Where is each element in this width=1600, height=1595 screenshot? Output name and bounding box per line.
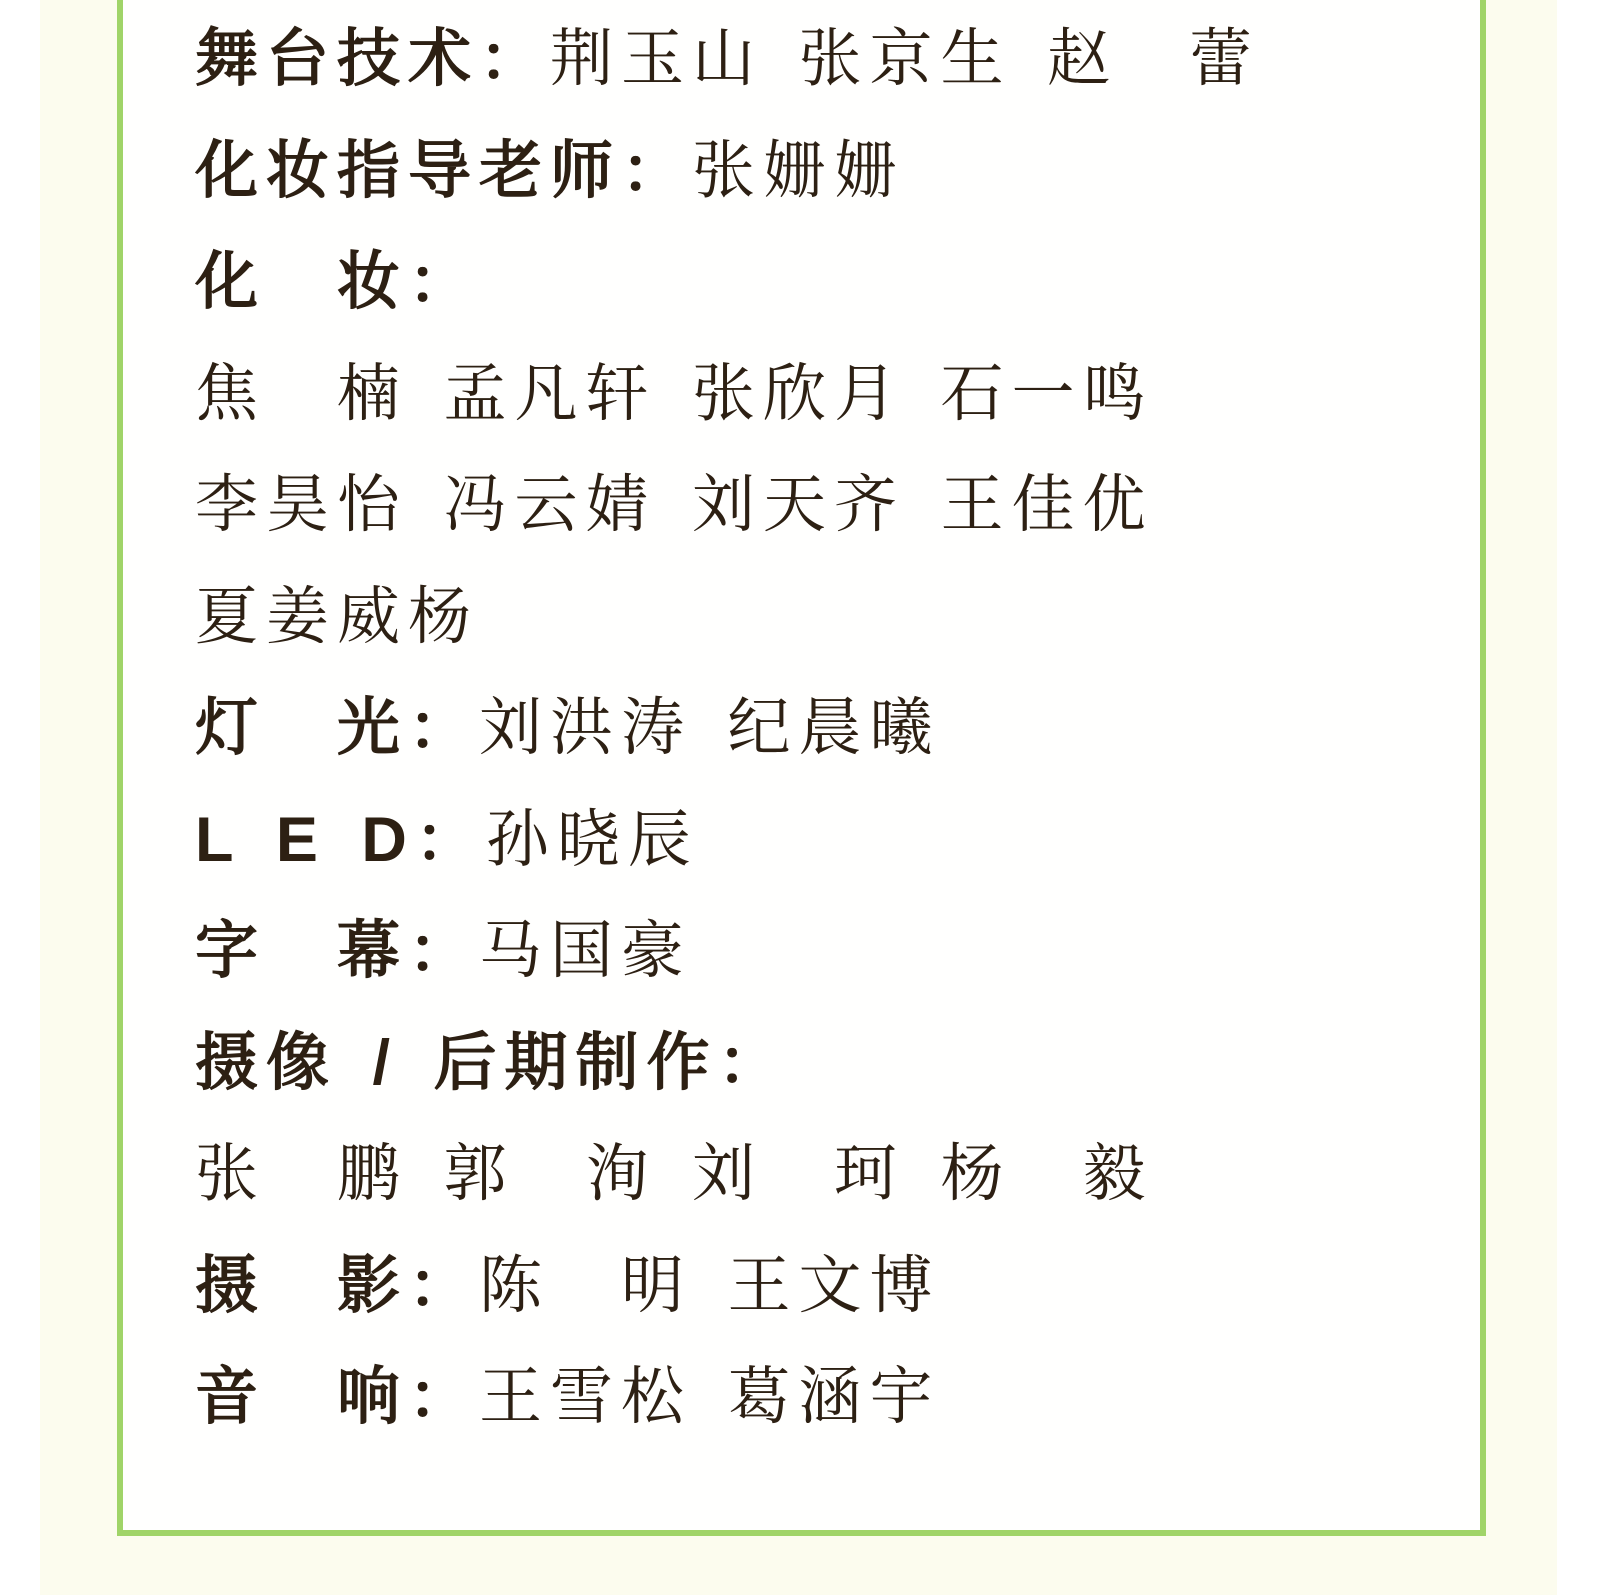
- credit-names: 荆玉山 张京生 赵 蕾: [550, 24, 1260, 94]
- credit-line-camera-post-production: 摄像 / 后期制作：: [195, 1008, 1450, 1120]
- credit-role-label: 摄 影：: [195, 1251, 479, 1321]
- credit-names: 马国豪: [479, 916, 692, 986]
- credit-names: 张 鹏 郭 洵 刘 珂 杨 毅: [195, 1139, 1154, 1209]
- credit-names: 陈 明 王文博: [479, 1251, 941, 1321]
- credit-role-label: 字 幕：: [195, 916, 479, 986]
- credits-panel: 舞台技术：荆玉山 张京生 赵 蕾 化妆指导老师：张姗姗 化 妆： 焦 楠 孟凡轩…: [117, 0, 1486, 1536]
- credit-role-label: 化 妆：: [195, 247, 479, 317]
- credit-names: 张姗姗: [692, 136, 905, 206]
- poster-background: 舞台技术：荆玉山 张京生 赵 蕾 化妆指导老师：张姗姗 化 妆： 焦 楠 孟凡轩…: [40, 0, 1557, 1595]
- credit-names: 李昊怡 冯云婧 刘天齐 王佳优: [195, 470, 1154, 540]
- credit-line-makeup: 化 妆：: [195, 227, 1450, 339]
- credit-names: 焦 楠 孟凡轩 张欣月 石一鸣: [195, 359, 1154, 429]
- credit-line-sound: 音 响：王雪松 葛涵宇: [195, 1342, 1450, 1454]
- credit-line-makeup-instructor: 化妆指导老师：张姗姗: [195, 116, 1450, 228]
- credit-names: 夏姜威杨: [195, 582, 479, 652]
- credit-role-label: 摄像 / 后期制作：: [195, 1028, 789, 1098]
- credit-names: 孙晓辰: [486, 805, 699, 875]
- credit-line-photography: 摄 影：陈 明 王文博: [195, 1231, 1450, 1343]
- credit-line-makeup-names-row-3: 夏姜威杨: [195, 562, 1450, 674]
- credit-line-stage-technology: 舞台技术：荆玉山 张京生 赵 蕾: [195, 4, 1450, 116]
- credit-names: 刘洪涛 纪晨曦: [479, 693, 941, 763]
- credit-line-makeup-names-row-1: 焦 楠 孟凡轩 张欣月 石一鸣: [195, 339, 1450, 451]
- credit-line-lighting: 灯 光：刘洪涛 纪晨曦: [195, 673, 1450, 785]
- credit-line-subtitles: 字 幕：马国豪: [195, 896, 1450, 1008]
- credit-line-camera-names-row: 张 鹏 郭 洵 刘 珂 杨 毅: [195, 1119, 1450, 1231]
- credit-line-led: L E D：孙晓辰: [195, 785, 1450, 897]
- credits-list: 舞台技术：荆玉山 张京生 赵 蕾 化妆指导老师：张姗姗 化 妆： 焦 楠 孟凡轩…: [123, 0, 1480, 1454]
- credit-line-makeup-names-row-2: 李昊怡 冯云婧 刘天齐 王佳优: [195, 450, 1450, 562]
- credit-role-label: 音 响：: [195, 1362, 479, 1432]
- credit-role-label: 灯 光：: [195, 693, 479, 763]
- credit-role-label: 舞台技术：: [195, 24, 550, 94]
- credit-role-label: L E D：: [195, 805, 486, 875]
- credit-names: 王雪松 葛涵宇: [479, 1362, 941, 1432]
- credit-role-label: 化妆指导老师：: [195, 136, 692, 206]
